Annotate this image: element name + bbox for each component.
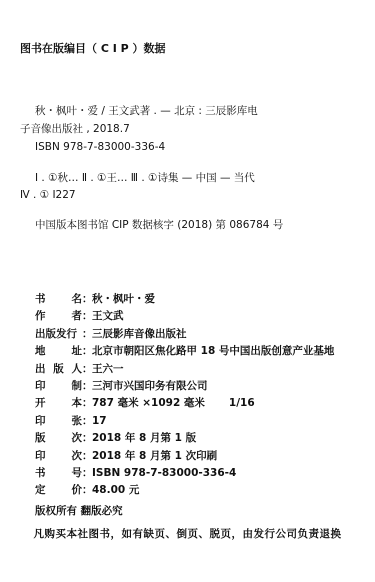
colophon-value: 三河市兴国印务有限公司 (92, 380, 208, 393)
colophon-value: 17 (92, 415, 107, 428)
colophon-row: 书名：秋・枫叶・爱 (35, 293, 155, 306)
cip-classification-line-2: Ⅳ . ① I227 (20, 189, 76, 202)
colophon-colon: ： (82, 293, 92, 306)
colophon-label: 出版人 (35, 363, 82, 376)
colophon-colon: ： (82, 415, 92, 428)
colophon-row: 开本：787 毫米 ×1092 毫米1/16 (35, 397, 255, 410)
colophon-colon: ： (82, 467, 92, 480)
cip-heading: 图书在版编目（ C I P ）数据 (20, 42, 166, 55)
colophon-label: 出版发行 (35, 328, 82, 341)
colophon-row: 印制：三河市兴国印务有限公司 (35, 380, 208, 393)
colophon-colon: ： (82, 328, 92, 341)
colophon-extra: 1/16 (229, 397, 255, 410)
return-policy-notice: 凡购买本社图书，如有缺页、倒页、脱页，由发行公司负责退换 (0, 526, 375, 541)
colophon-row: 出版人：王六一 (35, 363, 124, 376)
colophon-colon: ： (82, 380, 92, 393)
colophon-colon: ： (82, 397, 92, 410)
colophon-label: 书号 (35, 467, 82, 480)
colophon-label: 作者 (35, 310, 82, 323)
colophon-value: 787 毫米 ×1092 毫米 (92, 397, 205, 410)
colophon-colon: ： (82, 345, 92, 358)
colophon-row: 印张：17 (35, 415, 107, 428)
colophon-value: 秋・枫叶・爱 (92, 293, 155, 306)
colophon-label: 印张 (35, 415, 82, 428)
colophon-label: 印次 (35, 450, 82, 463)
colophon-label: 印制 (35, 380, 82, 393)
colophon-label: 书名 (35, 293, 82, 306)
cip-entry-line-1: 秋・枫叶・爱 / 王文武著 . — 北京 : 三辰影库电 (35, 105, 258, 118)
colophon-value: 王文武 (92, 310, 124, 323)
colophon-label: 开本 (35, 397, 82, 410)
colophon-row: 地址：北京市朝阳区焦化路甲 18 号中国出版创意产业基地 (35, 345, 334, 358)
colophon-value: 三辰影库音像出版社 (92, 328, 187, 341)
colophon-colon: ： (82, 450, 92, 463)
cip-classification-line-1: Ⅰ . ①秋… Ⅱ . ①王… Ⅲ . ①诗集 — 中国 — 当代 (35, 172, 255, 185)
colophon-label: 定价 (35, 484, 82, 497)
colophon-row: 印次：2018 年 8 月第 1 次印刷 (35, 450, 217, 463)
colophon-colon: ： (82, 363, 92, 376)
colophon-value: 48.00 元 (92, 484, 139, 497)
colophon-label: 地址 (35, 345, 82, 358)
copyright-notice: 版权所有 翻版必究 (35, 503, 123, 518)
colophon-row: 定价：48.00 元 (35, 484, 139, 497)
colophon-row: 作者：王文武 (35, 310, 124, 323)
cip-entry-line-2: 子音像出版社 , 2018.7 (20, 123, 130, 136)
colophon-value: 王六一 (92, 363, 124, 376)
colophon-value: ISBN 978-7-83000-336-4 (92, 467, 236, 480)
colophon-row: 书号：ISBN 978-7-83000-336-4 (35, 467, 236, 480)
cip-number: 中国版本图书馆 CIP 数据核字 (2018) 第 086784 号 (35, 219, 283, 232)
colophon-value: 北京市朝阳区焦化路甲 18 号中国出版创意产业基地 (92, 345, 334, 358)
cip-isbn: ISBN 978-7-83000-336-4 (35, 141, 165, 154)
colophon-value: 2018 年 8 月第 1 次印刷 (92, 450, 217, 463)
colophon-row: 出版发行：三辰影库音像出版社 (35, 328, 187, 341)
colophon-row: 版次：2018 年 8 月第 1 版 (35, 432, 196, 445)
colophon-label: 版次 (35, 432, 82, 445)
colophon-colon: ： (82, 484, 92, 497)
colophon-colon: ： (82, 432, 92, 445)
colophon-value: 2018 年 8 月第 1 版 (92, 432, 196, 445)
colophon-colon: ： (82, 310, 92, 323)
